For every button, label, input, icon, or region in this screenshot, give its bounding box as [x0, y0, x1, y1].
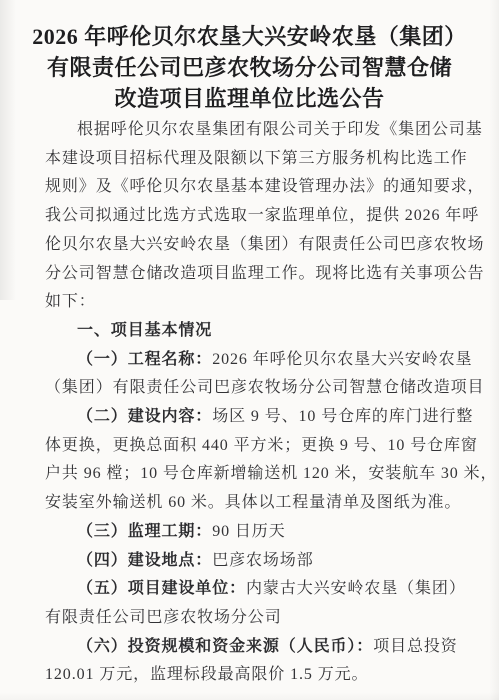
- text-segment: 安装室外输送机 60 米。具体以工程量清单及图纸为准。: [45, 494, 461, 511]
- bold-text-segment: （一）工程名称：: [77, 351, 212, 368]
- document-title-line-2: 有限责任公司巴彦农牧场分公司智慧仓储: [0, 52, 499, 83]
- document-body: 根据呼伦贝尔农垦集团有限公司关于印发《集团公司基本建设项目招标代理及限额以下第三…: [0, 116, 499, 690]
- document-line: 规则》及《呼伦贝尔农垦基本建设管理办法》的通知要求，: [45, 173, 465, 202]
- text-segment: 规则》及《呼伦贝尔农垦基本建设管理办法》的通知要求，: [45, 178, 484, 195]
- text-segment: 体更换，更换总面积 440 平方米；更换 9 号、10 号仓库窗: [45, 437, 478, 454]
- text-segment: 伦贝尔农垦大兴安岭农垦（集团）有限责任公司巴彦农牧场: [45, 236, 484, 253]
- text-segment: 90 日历天: [212, 523, 285, 540]
- document-line: 如下：: [45, 288, 465, 317]
- text-segment: 场区 9 号、10 号仓库的库门进行整: [212, 408, 473, 425]
- document-line: （二）建设内容：场区 9 号、10 号仓库的库门进行整: [45, 403, 465, 432]
- bold-text-segment: （四）建设地点：: [77, 552, 212, 569]
- document-line: （集团）有限责任公司巴彦农牧场分公司智慧仓储改造项目: [45, 374, 465, 403]
- bold-text-segment: 一、项目基本情况: [77, 322, 212, 339]
- document-line: 本建设项目招标代理及限额以下第三方服务机构比选工作: [45, 145, 465, 174]
- text-segment: 本建设项目招标代理及限额以下第三方服务机构比选工作: [45, 150, 468, 167]
- document-line: （三）监理工期：90 日历天: [45, 518, 465, 547]
- text-segment: 项目总投资: [373, 638, 458, 655]
- bold-text-segment: （六）投资规模和资金来源（人民币）：: [77, 638, 373, 655]
- bold-text-segment: （三）监理工期：: [77, 523, 212, 540]
- bold-text-segment: （五）项目建设单位：: [77, 580, 246, 597]
- document-line: 根据呼伦贝尔农垦集团有限公司关于印发《集团公司基: [45, 116, 465, 145]
- text-segment: 120.01 万元，监理标段最高限价 1.5 万元。: [45, 666, 368, 683]
- bold-text-segment: （二）建设内容：: [77, 408, 212, 425]
- text-segment: 户共 96 樘；10 号仓库新增输送机 120 米，安装航车 30 米，: [45, 465, 497, 482]
- text-segment: （集团）有限责任公司巴彦农牧场分公司智慧仓储改造项目: [45, 379, 484, 396]
- document-line: 体更换，更换总面积 440 平方米；更换 9 号、10 号仓库窗: [45, 432, 465, 461]
- text-segment: 有限责任公司巴彦农牧场分公司: [45, 609, 282, 626]
- text-segment: 根据呼伦贝尔农垦集团有限公司关于印发《集团公司基: [77, 121, 483, 138]
- document-line: 有限责任公司巴彦农牧场分公司: [45, 604, 465, 633]
- text-segment: 2026 年呼伦贝尔农垦大兴安岭农垦: [212, 351, 472, 368]
- document-line: 一、项目基本情况: [45, 317, 465, 346]
- document-title-line-1: 2026 年呼伦贝尔农垦大兴安岭农垦（集团）: [0, 21, 499, 52]
- text-segment: 我公司拟通过比选方式选取一家监理单位，提供 2026 年呼: [45, 207, 479, 224]
- scanned-document-page: 2026 年呼伦贝尔农垦大兴安岭农垦（集团） 有限责任公司巴彦农牧场分公司智慧仓…: [0, 0, 499, 700]
- text-segment: 内蒙古大兴安岭农垦（集团）: [246, 580, 466, 597]
- document-title-line-3: 改造项目监理单位比选公告: [0, 83, 499, 114]
- document-title: 2026 年呼伦贝尔农垦大兴安岭农垦（集团） 有限责任公司巴彦农牧场分公司智慧仓…: [0, 0, 499, 114]
- document-line: （四）建设地点：巴彦农场场部: [45, 547, 465, 576]
- document-line: （五）项目建设单位：内蒙古大兴安岭农垦（集团）: [45, 575, 465, 604]
- document-line: （一）工程名称：2026 年呼伦贝尔农垦大兴安岭农垦: [45, 346, 465, 375]
- document-line: 分公司智慧仓储改造项目监理工作。现将比选有关事项公告: [45, 260, 465, 289]
- document-line: 安装室外输送机 60 米。具体以工程量清单及图纸为准。: [45, 489, 465, 518]
- text-segment: 巴彦农场场部: [212, 552, 313, 569]
- document-line: 户共 96 樘；10 号仓库新增输送机 120 米，安装航车 30 米，: [45, 460, 465, 489]
- scan-shadow-bottom: [0, 692, 499, 700]
- document-line: 我公司拟通过比选方式选取一家监理单位，提供 2026 年呼: [45, 202, 465, 231]
- text-segment: 分公司智慧仓储改造项目监理工作。现将比选有关事项公告: [45, 265, 484, 282]
- text-segment: 如下：: [45, 293, 96, 310]
- document-line: 伦贝尔农垦大兴安岭农垦（集团）有限责任公司巴彦农牧场: [45, 231, 465, 260]
- document-line: （六）投资规模和资金来源（人民币）：项目总投资: [45, 633, 465, 662]
- document-line: 120.01 万元，监理标段最高限价 1.5 万元。: [45, 661, 465, 690]
